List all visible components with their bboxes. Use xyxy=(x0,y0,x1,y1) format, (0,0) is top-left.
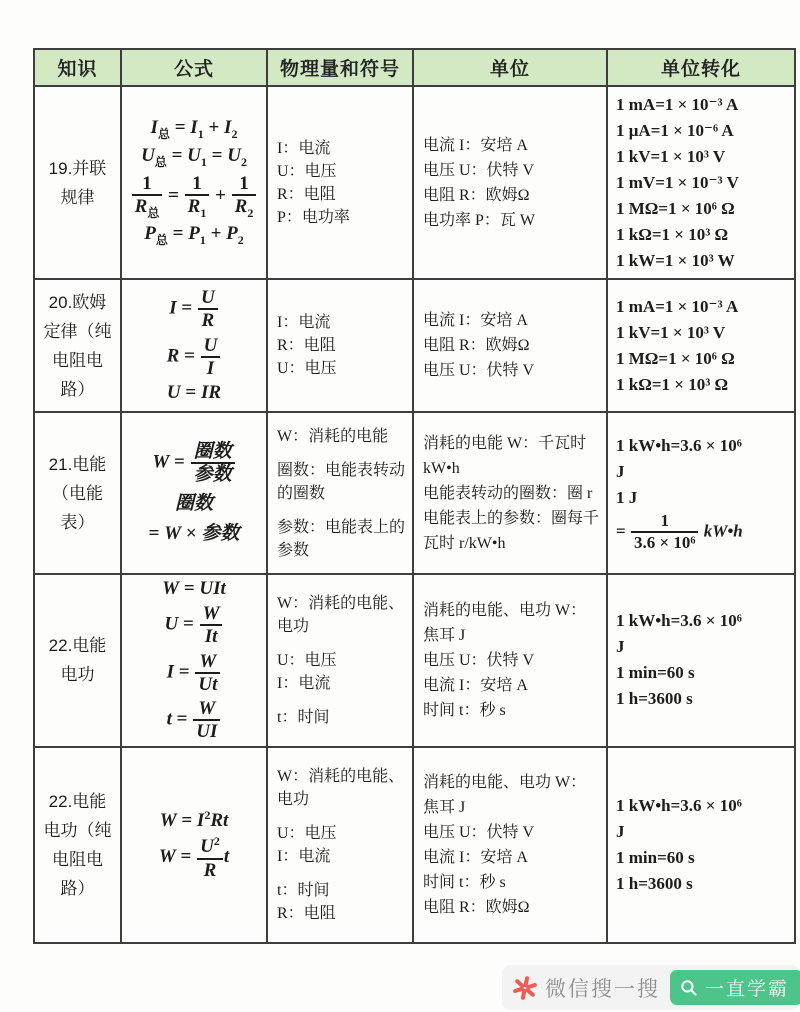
table-row: 20.欧姆定律（纯电阻电路）I = URR = UIU = IRI：电流R：电阻… xyxy=(34,279,795,412)
formula-cell: I = URR = UIU = IR xyxy=(121,279,267,412)
header-cell-quantities: 物理量和符号 xyxy=(267,49,413,86)
quantities-cell: I：电流U：电压R：电阻P：电功率 xyxy=(267,86,413,279)
header-cell-conversions: 单位转化 xyxy=(607,49,795,86)
wechat-search-brand-text: 微信搜一搜 xyxy=(545,973,660,1003)
magnifier-icon xyxy=(680,979,698,997)
wechat-search-watermark: 微信搜一搜 一直学霸 xyxy=(502,965,800,1010)
quantities-cell: W：消耗的电能、电功U：电压I：电流t：时间 xyxy=(267,574,413,747)
knowledge-cell: 21.电能（电能表） xyxy=(34,412,121,574)
table-row: 22.电能电功W = UItU = WItI = WUtt = WUIW：消耗的… xyxy=(34,574,795,747)
units-cell: 电流 I：安培 A电压 U：伏特 V电阻 R：欧姆Ω电功率 P：瓦 W xyxy=(413,86,607,279)
physics-formula-table: 知识 公式 物理量和符号 单位 单位转化 19.并联规律I总 = I1 + I2… xyxy=(33,48,796,944)
header-cell-formula: 公式 xyxy=(121,49,267,86)
table-row: 22.电能电功（纯电阻电路）W = I2RtW = U2RtW：消耗的电能、电功… xyxy=(34,747,795,943)
units-cell: 电流 I：安培 A电阻 R：欧姆Ω电压 U：伏特 V xyxy=(413,279,607,412)
formula-cell: W = UItU = WItI = WUtt = WUI xyxy=(121,574,267,747)
units-cell: 消耗的电能、电功 W：焦耳 J电压 U：伏特 V电流 I：安培 A时间 t：秒 … xyxy=(413,574,607,747)
formula-cell: I总 = I1 + I2U总 = U1 = U21R总 = 1R1 + 1R2P… xyxy=(121,86,267,279)
quantities-cell: W：消耗的电能圈数：电能表转动的圈数参数：电能表上的参数 xyxy=(267,412,413,574)
search-account-button[interactable]: 一直学霸 xyxy=(670,970,800,1005)
table-row: 21.电能（电能表）W = 圈数参数圈数= W × 参数W：消耗的电能圈数：电能… xyxy=(34,412,795,574)
header-cell-knowledge: 知识 xyxy=(34,49,121,86)
formula-cell: W = I2RtW = U2Rt xyxy=(121,747,267,943)
conversions-cell: 1 kW•h=3.6 × 10⁶J1 min=60 s1 h=3600 s xyxy=(607,574,795,747)
knowledge-cell: 19.并联规律 xyxy=(34,86,121,279)
search-button-label: 一直学霸 xyxy=(705,974,789,1001)
conversions-cell: 1 kW•h=3.6 × 10⁶J1 J= 13.6 × 10⁶ kW•h xyxy=(607,412,795,574)
table-row: 19.并联规律I总 = I1 + I2U总 = U1 = U21R总 = 1R1… xyxy=(34,86,795,279)
knowledge-cell: 20.欧姆定律（纯电阻电路） xyxy=(34,279,121,412)
conversions-cell: 1 kW•h=3.6 × 10⁶J1 min=60 s1 h=3600 s xyxy=(607,747,795,943)
formula-table-wrapper: 知识 公式 物理量和符号 单位 单位转化 19.并联规律I总 = I1 + I2… xyxy=(33,48,796,944)
units-cell: 消耗的电能 W：千瓦时 kW•h电能表转动的圈数：圈 r电能表上的参数：圈每千瓦… xyxy=(413,412,607,574)
quantities-cell: W：消耗的电能、电功U：电压I：电流t：时间R：电阻 xyxy=(267,747,413,943)
header-row: 知识 公式 物理量和符号 单位 单位转化 xyxy=(34,49,795,86)
knowledge-cell: 22.电能电功 xyxy=(34,574,121,747)
formula-cell: W = 圈数参数圈数= W × 参数 xyxy=(121,412,267,574)
conversions-cell: 1 mA=1 × 10⁻³ A1 kV=1 × 10³ V1 MΩ=1 × 10… xyxy=(607,279,795,412)
table-body: 19.并联规律I总 = I1 + I2U总 = U1 = U21R总 = 1R1… xyxy=(34,86,795,943)
conversions-cell: 1 mA=1 × 10⁻³ A1 μA=1 × 10⁻⁶ A1 kV=1 × 1… xyxy=(607,86,795,279)
souyisou-logo-icon xyxy=(512,975,538,1001)
knowledge-cell: 22.电能电功（纯电阻电路） xyxy=(34,747,121,943)
header-cell-units: 单位 xyxy=(413,49,607,86)
quantities-cell: I：电流R：电阻U：电压 xyxy=(267,279,413,412)
units-cell: 消耗的电能、电功 W：焦耳 J电压 U：伏特 V电流 I：安培 A时间 t：秒 … xyxy=(413,747,607,943)
